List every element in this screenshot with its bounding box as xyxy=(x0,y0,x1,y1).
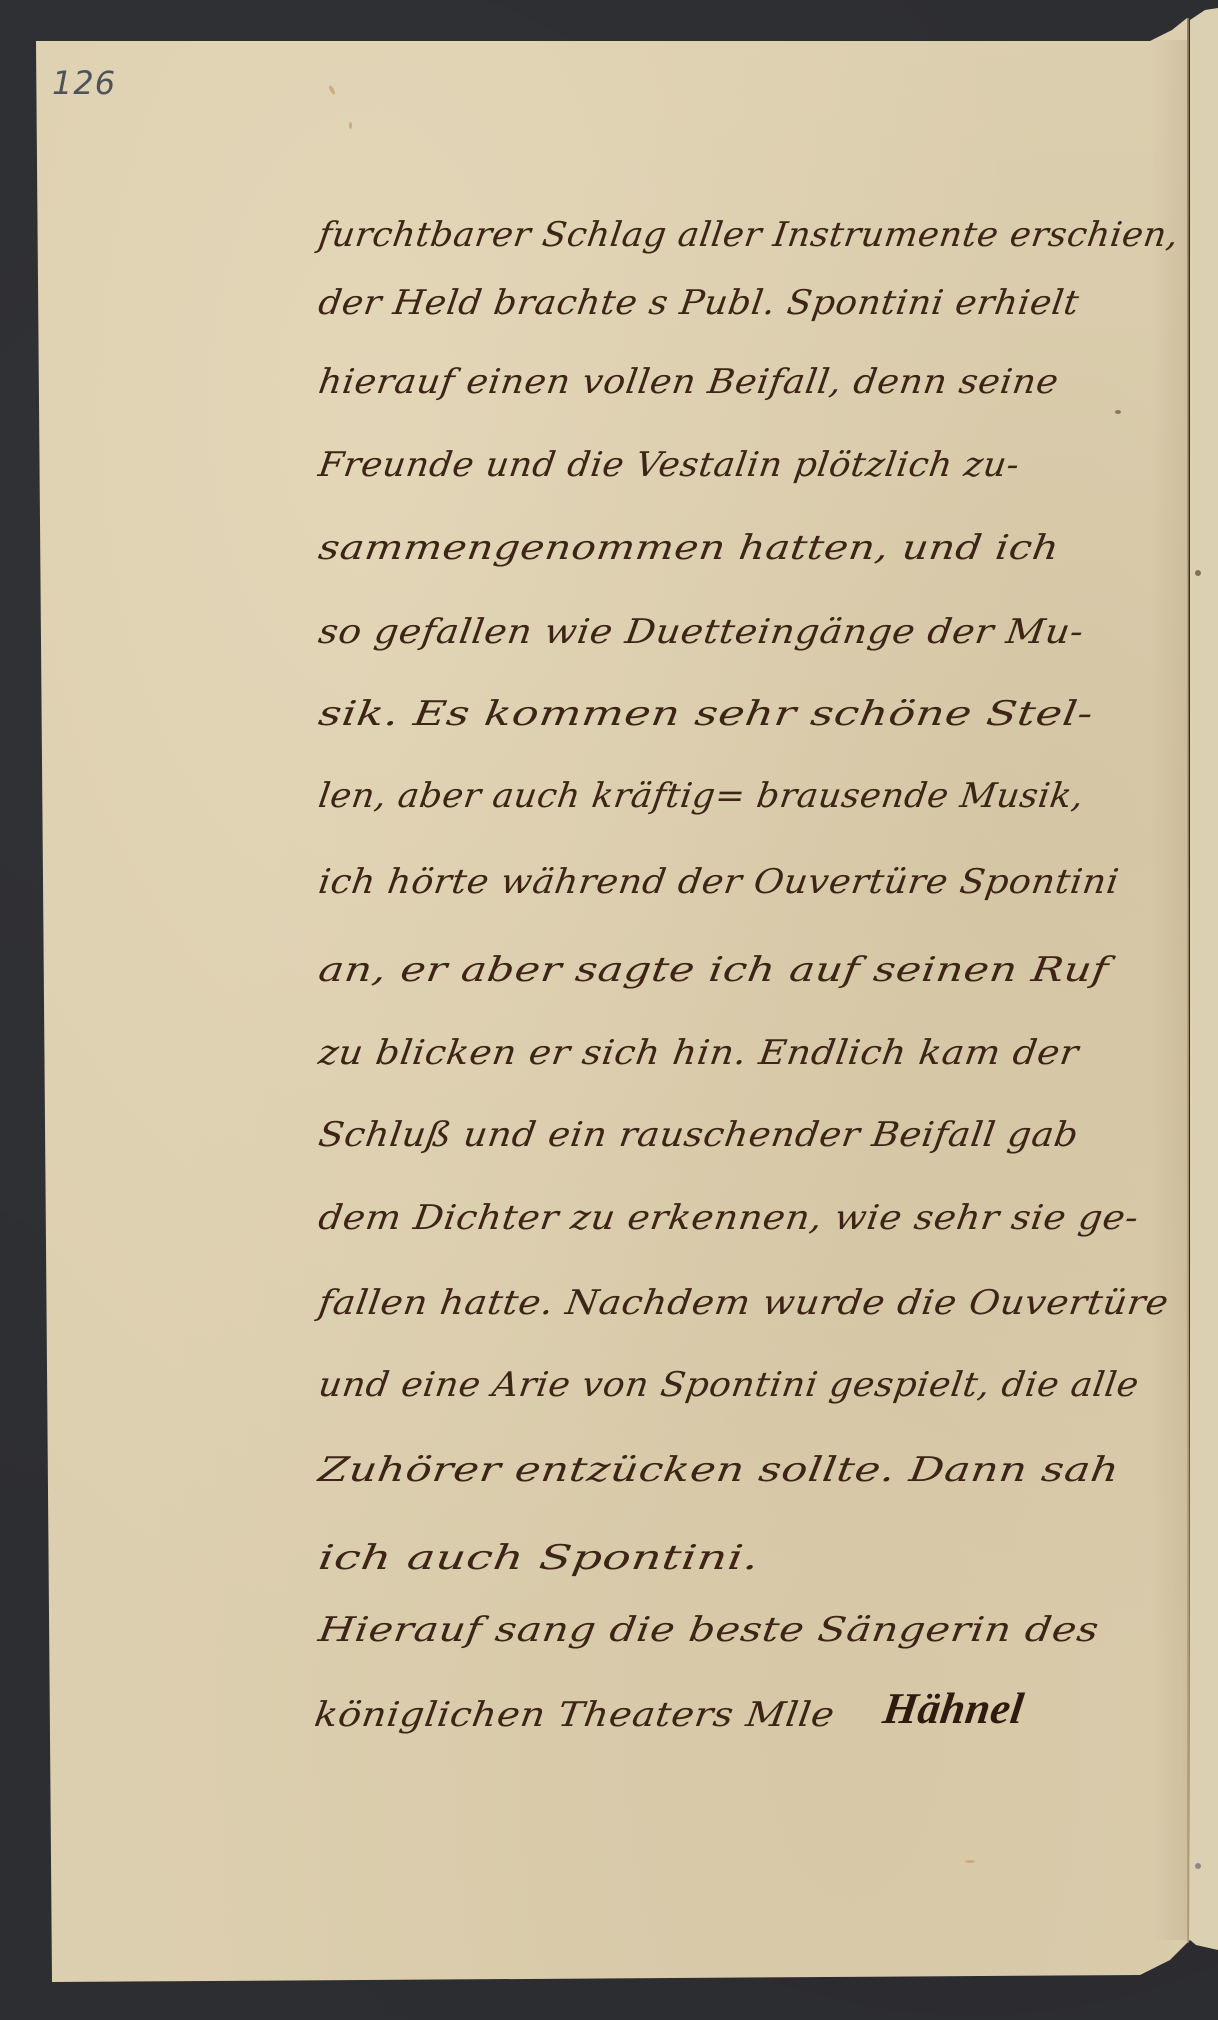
manuscript-line-13: dem Dichter zu erkennen, wie sehr sie ge… xyxy=(316,1198,1141,1238)
page-gutter-fold xyxy=(1187,18,1189,1943)
manuscript-line-5: sammengenommen hatten, und ich xyxy=(316,528,1062,568)
manuscript-line-10: an, er aber sagte ich auf seinen Ruf xyxy=(316,950,1111,990)
page-fold-shadow xyxy=(1150,40,1188,1940)
paper-speck xyxy=(349,122,352,129)
manuscript-line-8: len, aber auch kräftig= brausende Musik, xyxy=(316,776,1086,816)
folio-number: 126 xyxy=(52,64,116,102)
manuscript-line-6: so gefallen wie Duetteingänge der Mu- xyxy=(316,612,1086,652)
manuscript-line-19: königlichen Theaters Mlle xyxy=(312,1695,837,1735)
signature-name: Hähnel xyxy=(880,1683,1027,1734)
manuscript-line-16: Zuhörer entzücken sollte. Dann sah xyxy=(316,1450,1122,1490)
manuscript-line-14: fallen hatte. Nachdem wurde die Ouvertür… xyxy=(316,1283,1171,1323)
manuscript-line-17: ich auch Spontini. xyxy=(316,1538,762,1578)
manuscript-line-2: der Held brachte s Publ. Spontini erhiel… xyxy=(316,283,1082,323)
manuscript-line-15: und eine Arie von Spontini gespielt, die… xyxy=(316,1365,1142,1405)
manuscript-line-9: ich hörte während der Ouvertüre Spontini xyxy=(316,862,1122,902)
paper-speck xyxy=(965,1860,975,1863)
manuscript-line-4: Freunde und die Vestalin plötzlich zu- xyxy=(316,445,1022,485)
paper-hole xyxy=(1195,1863,1201,1869)
manuscript-line-7: sik. Es kommen sehr schöne Stel- xyxy=(316,694,1096,734)
manuscript-line-1: furchtbarer Schlag aller Instrumente ers… xyxy=(316,215,1181,255)
manuscript-line-11: zu blicken er sich hin. Endlich kam der xyxy=(316,1033,1081,1073)
manuscript-line-18: Hierauf sang die beste Sängerin des xyxy=(316,1610,1102,1650)
paper-speck xyxy=(1115,410,1121,414)
manuscript-line-12: Schluß und ein rauschender Beifall gab xyxy=(316,1115,1081,1155)
manuscript-line-3: hierauf einen vollen Beifall, denn seine xyxy=(316,362,1061,402)
paper-hole xyxy=(1195,570,1201,576)
